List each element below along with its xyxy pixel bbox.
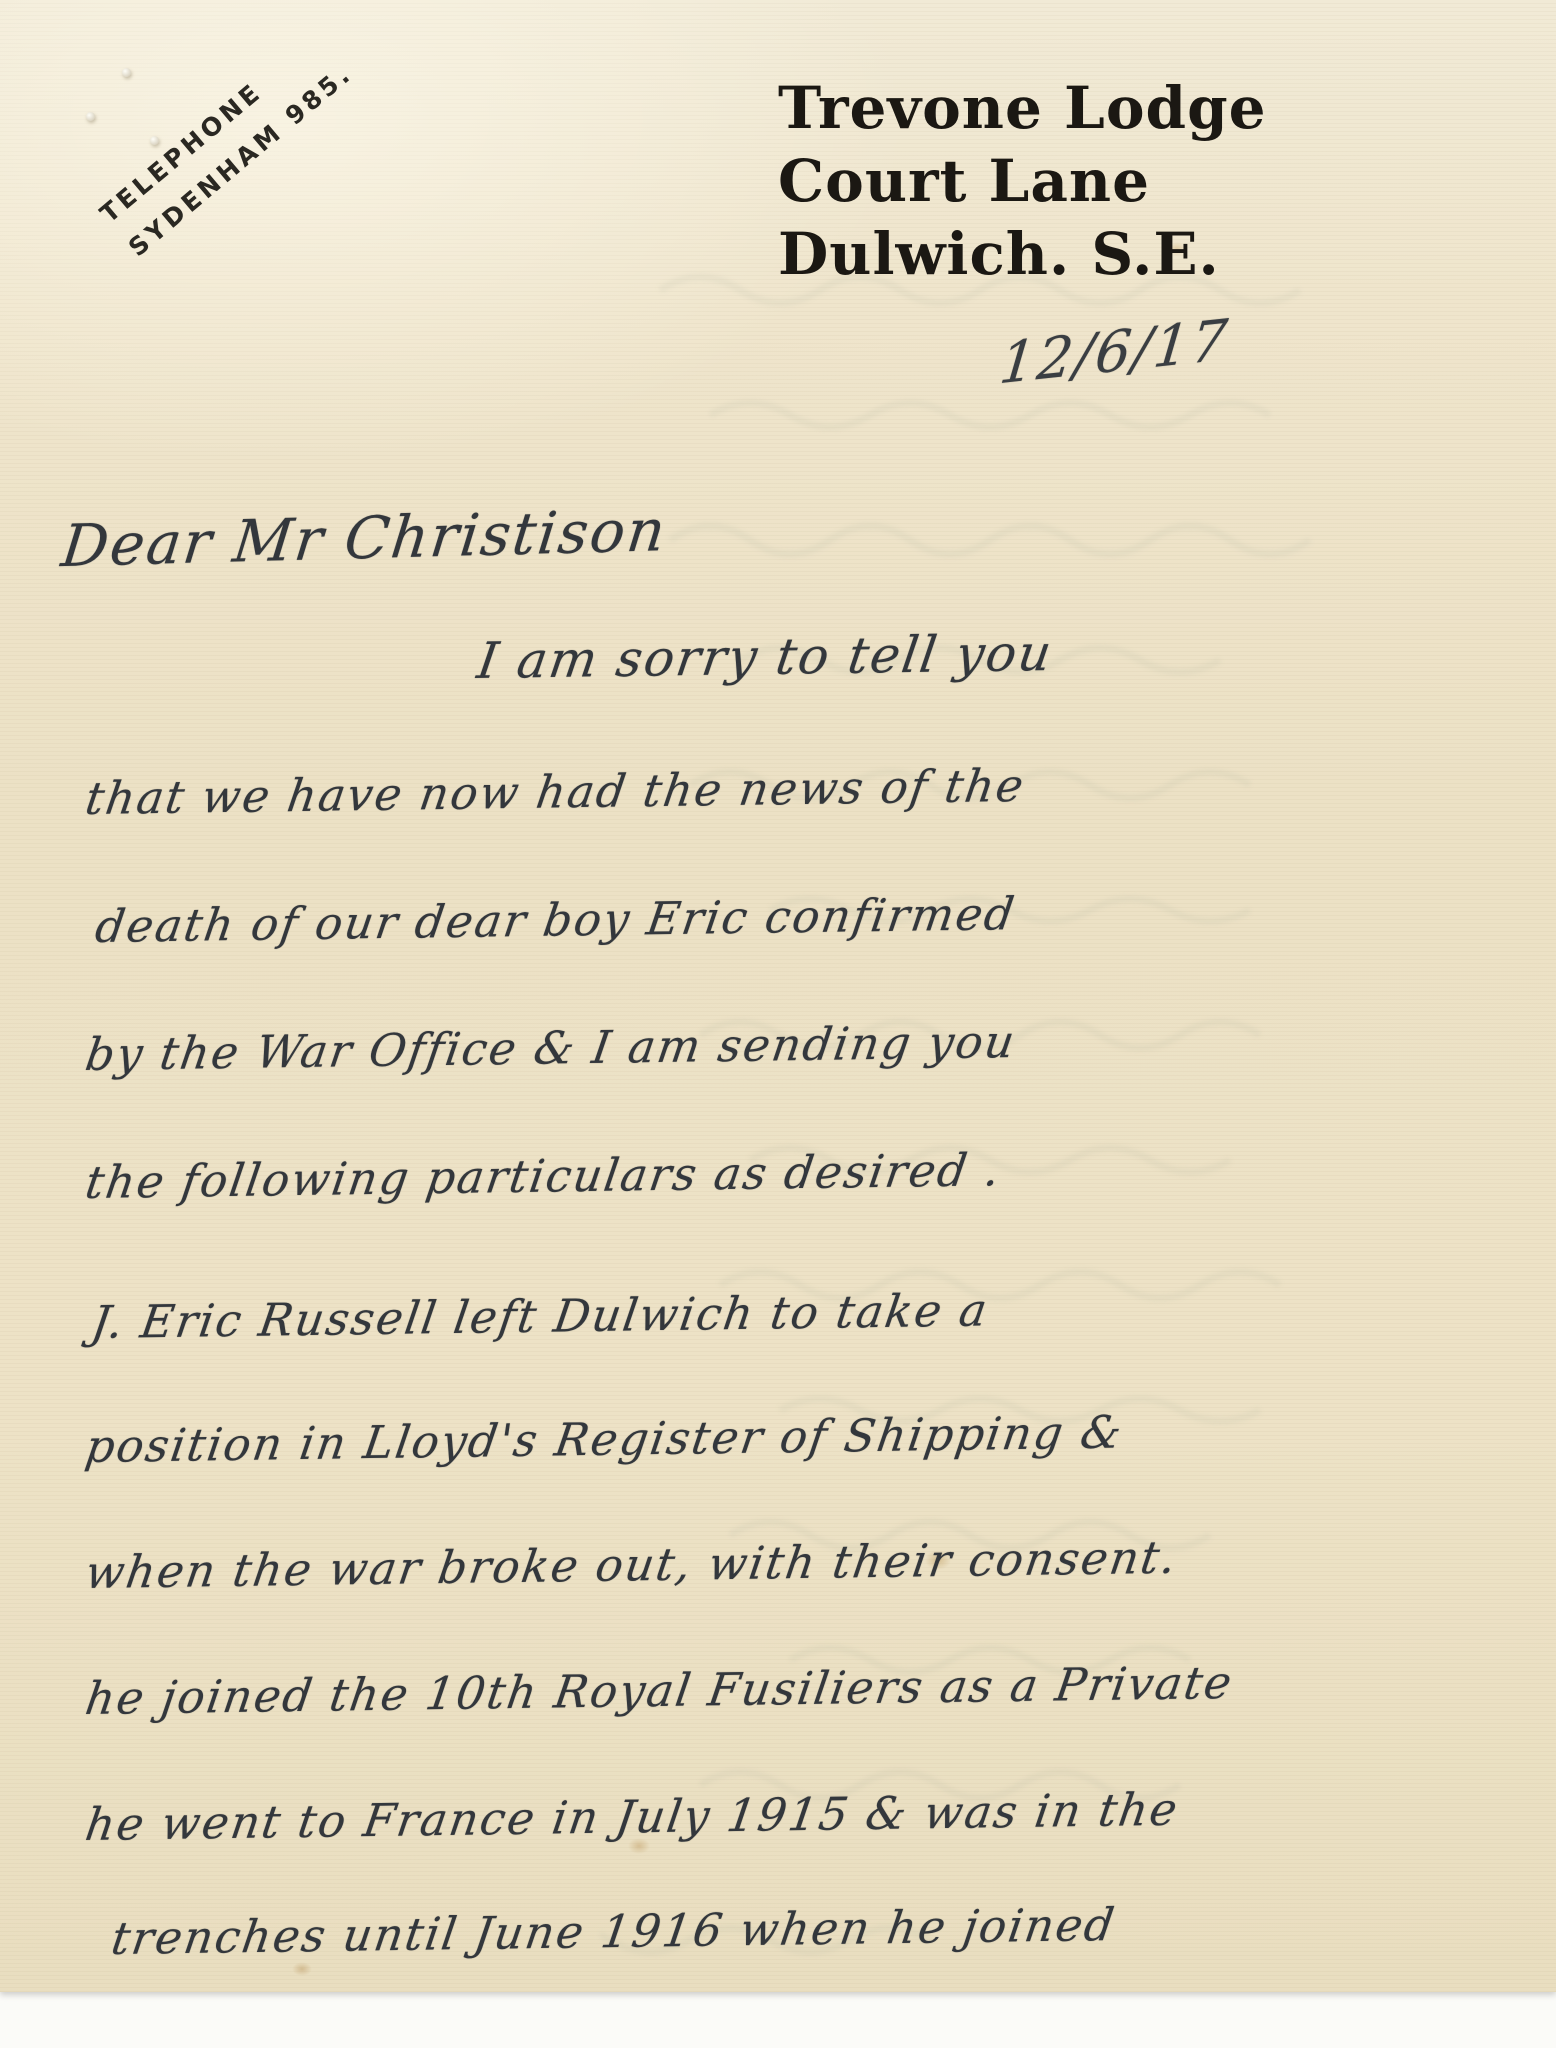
letter-date: 12/6/17 <box>997 307 1233 397</box>
letter-line: death of our dear boy Eric confirmed <box>92 887 1019 953</box>
letter-paper: TELEPHONE SYDENHAM 985. Trevone Lodge Co… <box>0 0 1556 1992</box>
letterhead-district: Dulwich. S.E. <box>778 218 1267 291</box>
letter-line: he went to France in July 1915 & was in … <box>82 1783 1182 1851</box>
bleed-through-ghost-text <box>600 230 1520 1990</box>
letter-line: he joined the 10th Royal Fusiliers as a … <box>82 1656 1237 1725</box>
letter-line: position in Lloyd's Register of Shipping… <box>82 1405 1127 1473</box>
letterhead-address: Trevone Lodge Court Lane Dulwich. S.E. <box>778 72 1267 291</box>
salutation: Dear Mr Christison <box>58 496 670 580</box>
letterhead-house: Trevone Lodge <box>778 72 1267 145</box>
letter-scan: TELEPHONE SYDENHAM 985. Trevone Lodge Co… <box>0 0 1556 2048</box>
letter-line: J. Eric Russell left Dulwich to take a <box>88 1283 992 1349</box>
letter-line: by the War Office & I am sending you <box>82 1015 1020 1081</box>
letter-line: that we have now had the news of the <box>82 759 1029 825</box>
letterhead-street: Court Lane <box>778 145 1267 218</box>
pinhole <box>86 112 95 121</box>
pinhole <box>122 68 131 77</box>
telephone-stamp: TELEPHONE SYDENHAM 985. <box>90 19 363 268</box>
letter-line: trenches until June 1916 when he joined <box>108 1898 1119 1965</box>
letter-line: the following particulars as desired . <box>82 1143 1005 1209</box>
letter-line: I am sorry to tell you <box>474 624 1057 690</box>
paper-stain <box>292 1962 312 1976</box>
letter-line: when the war broke out, with their conse… <box>82 1531 1181 1599</box>
